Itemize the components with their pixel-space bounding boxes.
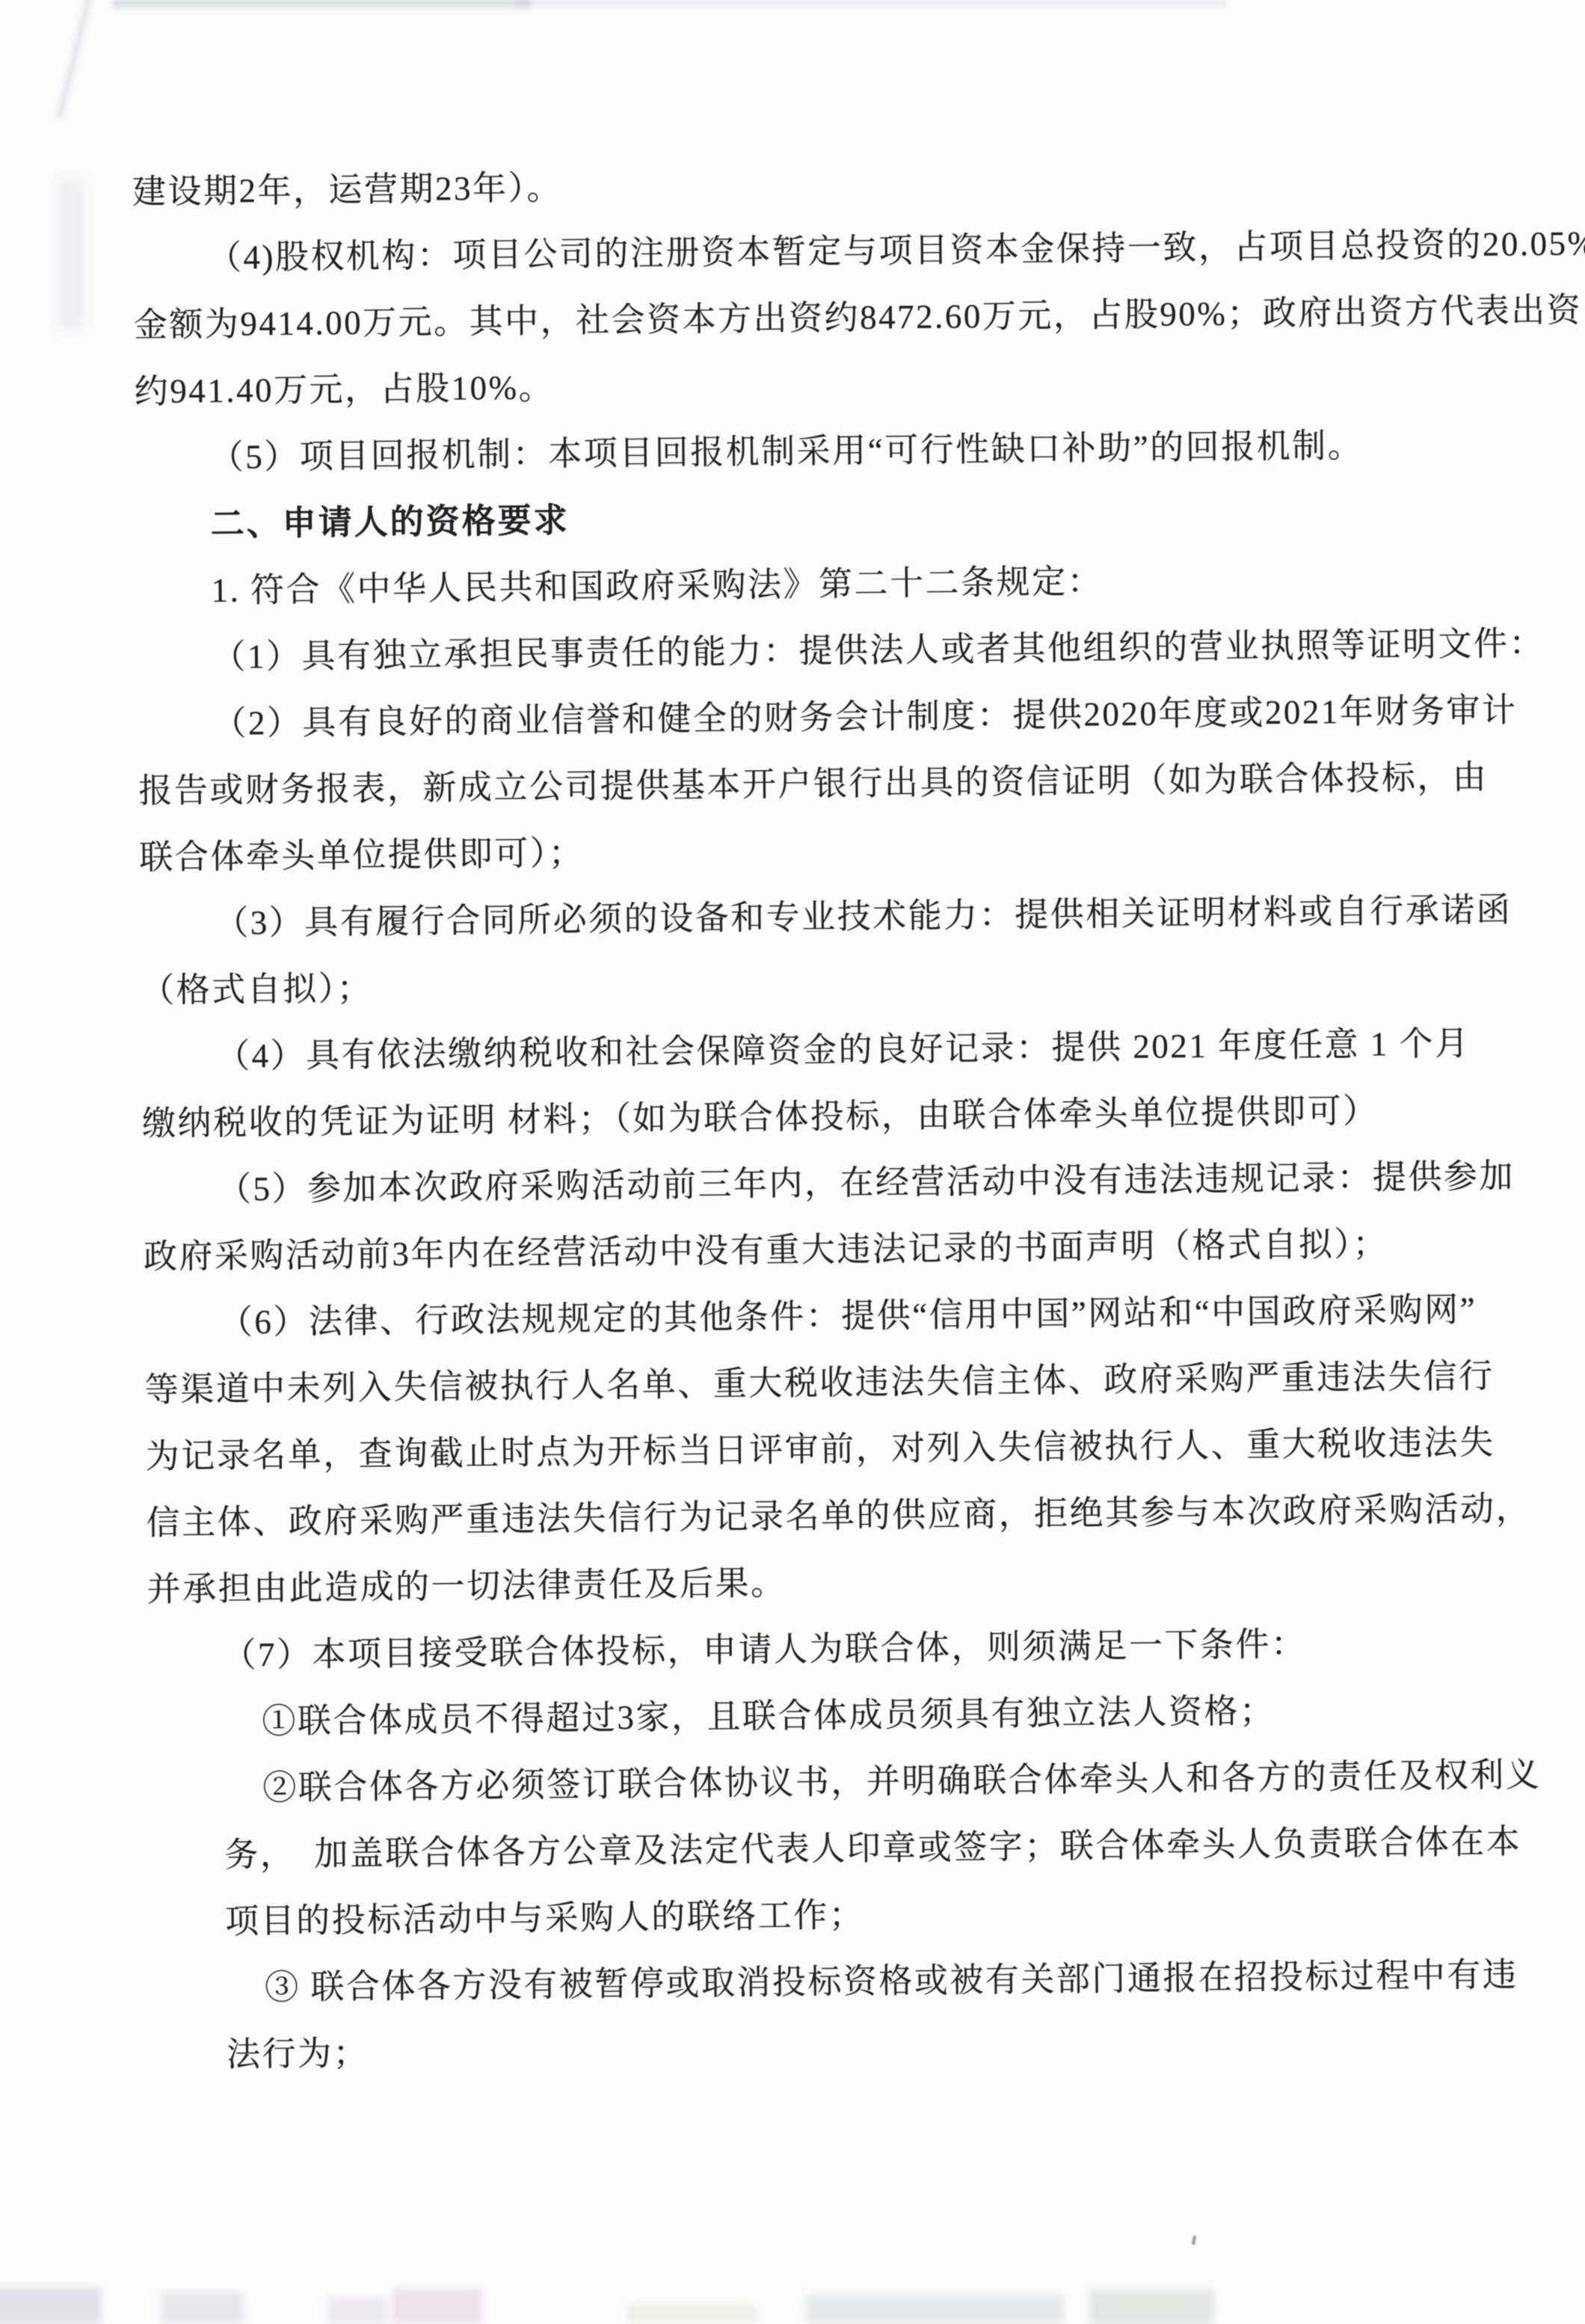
document-text: 建设期2年，运营期23年）。 （4)股权机构：项目公司的注册资本暂定与项目资本金… xyxy=(132,144,1551,2088)
scan-smudge-bottom xyxy=(627,2305,757,2324)
paper-edge-shadow xyxy=(57,0,93,118)
scan-smudge-bottom xyxy=(327,2297,387,2324)
scan-shadow-top xyxy=(516,0,1226,9)
scan-speck xyxy=(1192,2236,1196,2245)
scan-smudge-bottom xyxy=(806,2294,1064,2324)
scan-smudge-bottom xyxy=(161,2293,243,2324)
doc-line: 法行为； xyxy=(152,2008,1551,2089)
scanned-document-page: 建设期2年，运营期23年）。 （4)股权机构：项目公司的注册资本暂定与项目资本金… xyxy=(0,0,1585,2324)
scan-smudge-bottom xyxy=(0,2288,101,2324)
scan-smudge-bottom xyxy=(1090,2290,1213,2324)
scan-smudge-left xyxy=(58,179,84,329)
scan-shadow-top xyxy=(112,0,531,12)
scan-smudge-bottom xyxy=(393,2288,482,2324)
